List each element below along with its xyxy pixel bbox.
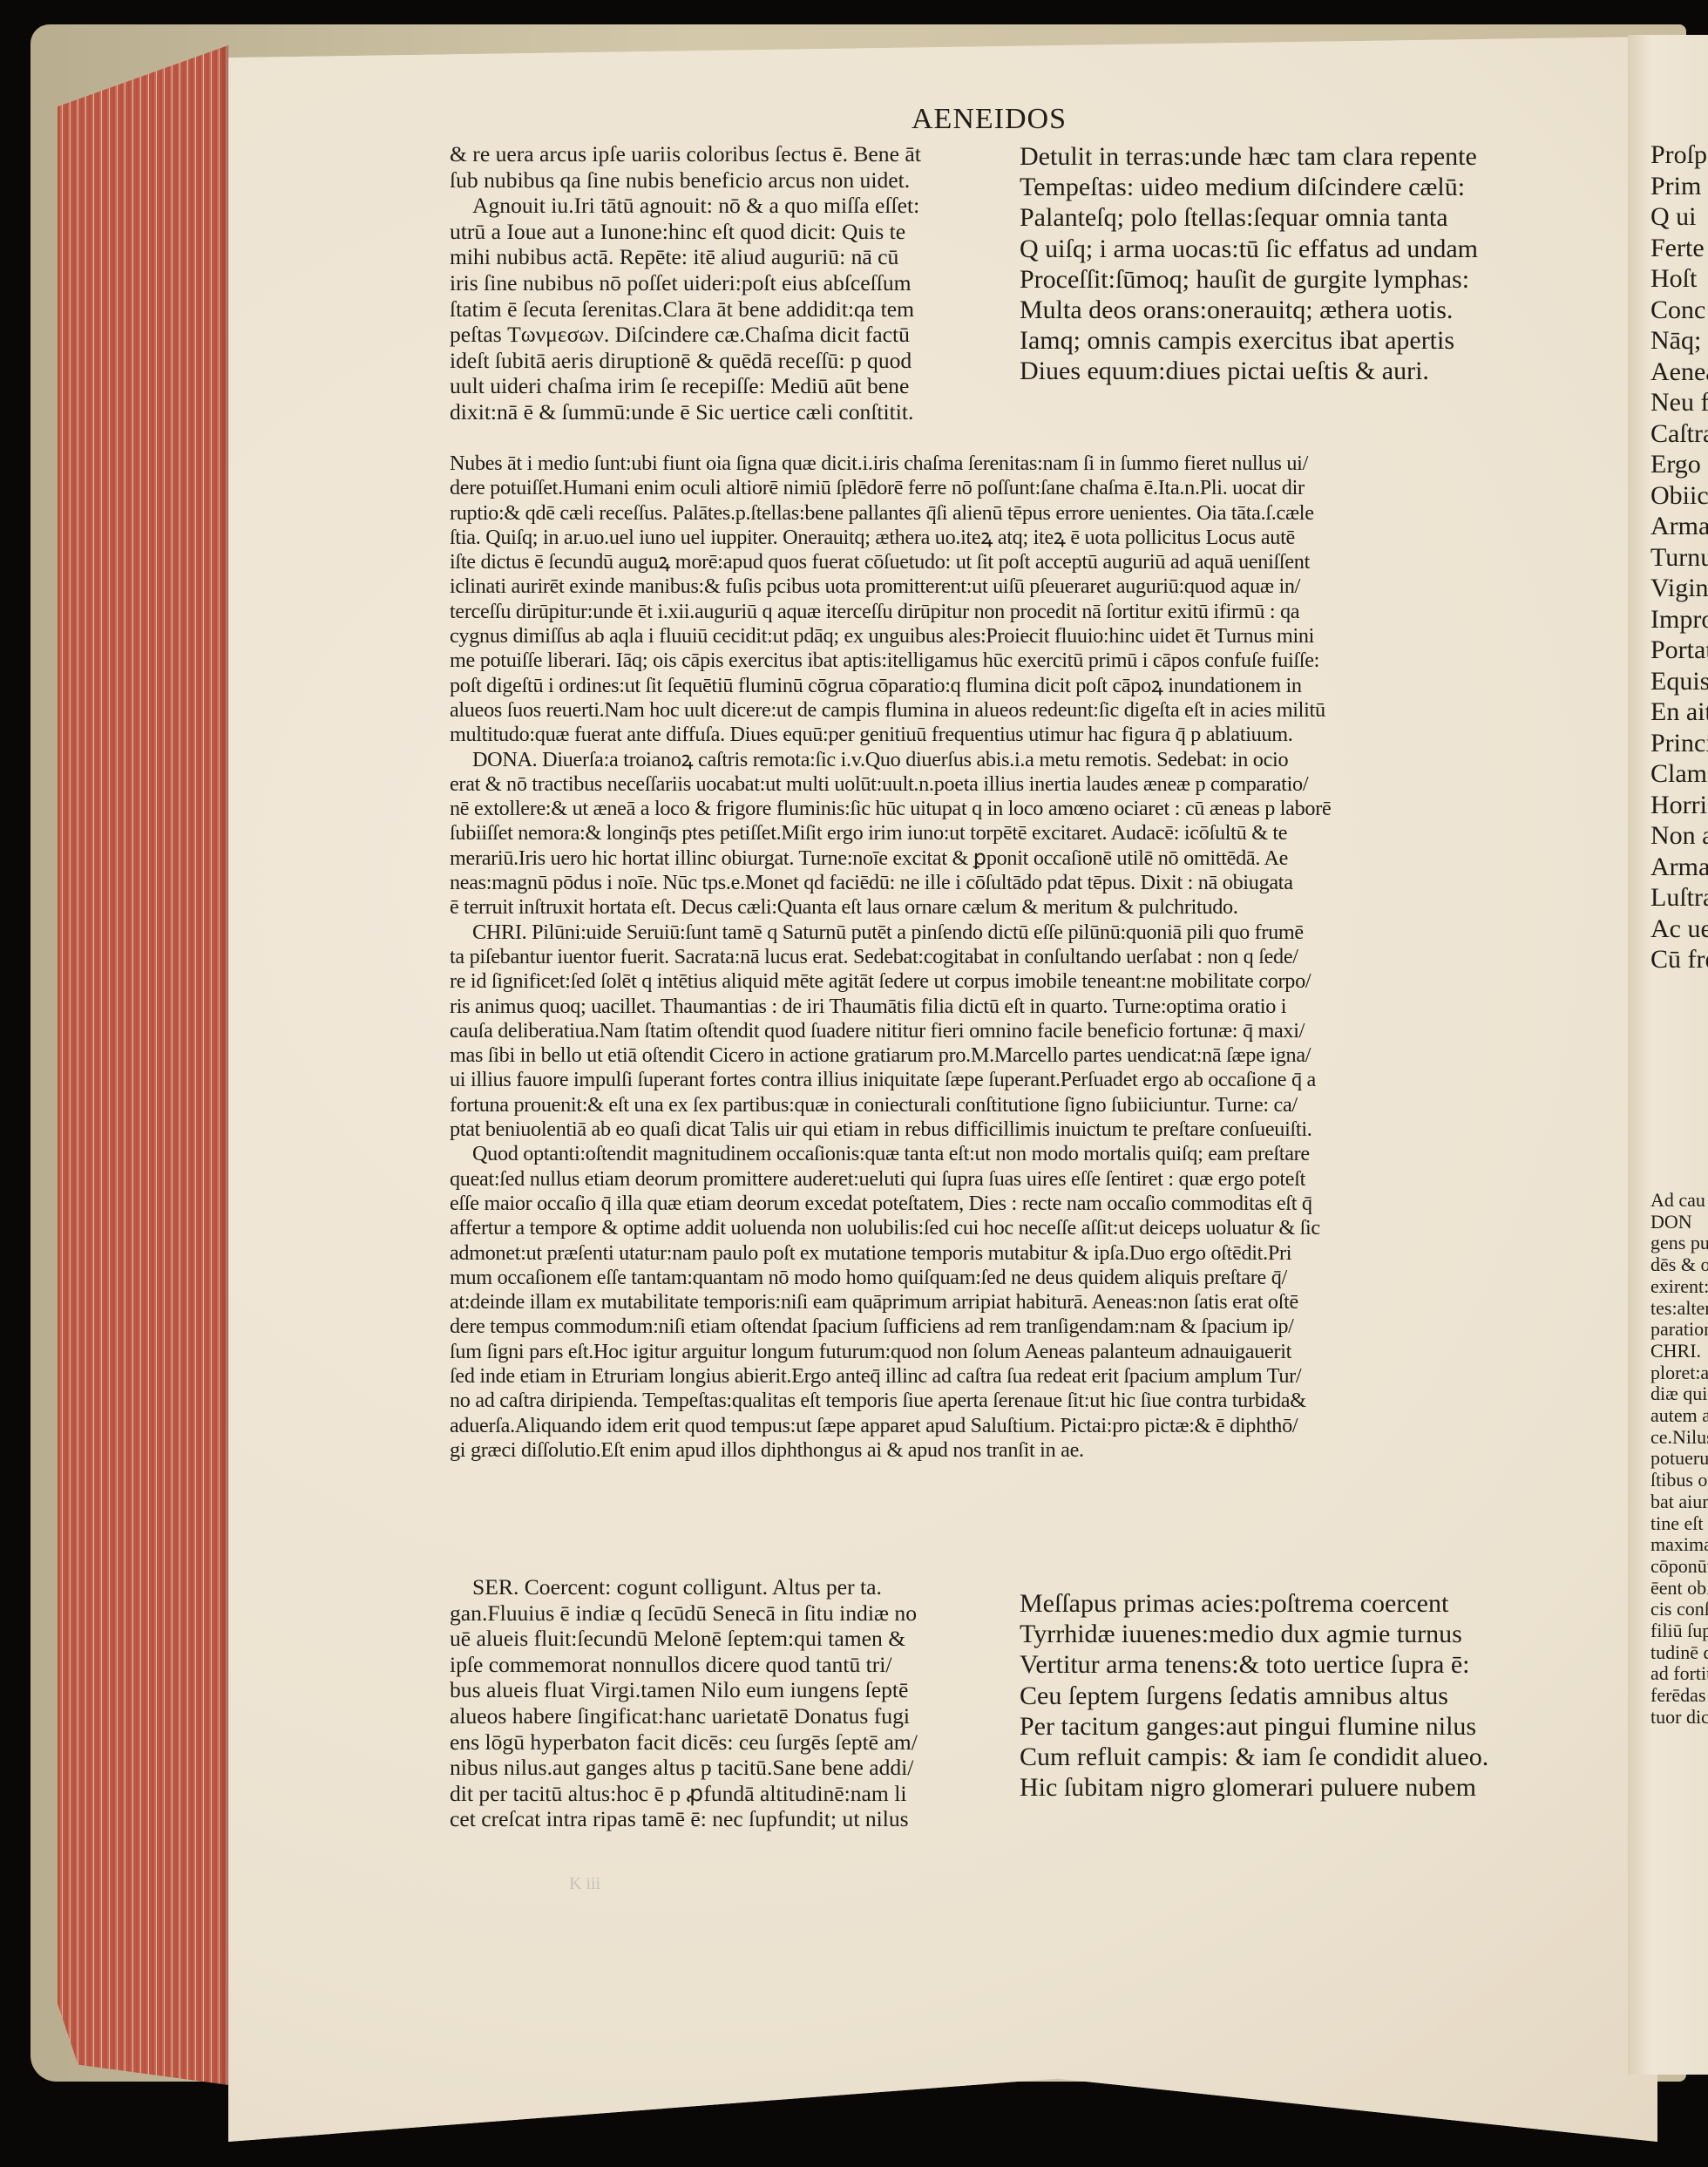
text-line: diæ qui <box>1628 1383 1708 1405</box>
running-head: AENEIDOS <box>912 103 1067 136</box>
text-line: cet creſcat intra ripas tamē ē: nec ſupf… <box>450 1806 1016 1832</box>
text-line: ris animus quoq; uacillet. Thaumantias :… <box>450 995 1602 1019</box>
text-line: me potuiſſe liberari. Iāq; ois cāpis exe… <box>450 649 1602 673</box>
text-line: uē alueis fluit:ſecundū Melonē ſeptem:qu… <box>450 1626 1016 1652</box>
text-line: Ac uel <box>1628 914 1708 945</box>
text-line: Vigin <box>1628 573 1708 604</box>
text-line: Aenea <box>1628 357 1708 388</box>
text-line: Luſtra <box>1628 882 1708 914</box>
text-line: Nāq; <box>1628 325 1708 357</box>
text-line: aduerſa.Aliquando idem erit quod tempus:… <box>450 1414 1602 1438</box>
text-line: ideſt ſubitā aeris diruptionē & quēdā re… <box>450 348 1016 374</box>
text-line: ad fortitu <box>1628 1663 1708 1685</box>
text-line: Tempeſtas: uideo medium diſcindere cælū: <box>1020 172 1612 202</box>
text-line: Clam <box>1628 758 1708 790</box>
text-line: Conc <box>1628 295 1708 326</box>
text-line: mihi nubibus actā. Repēte: itē aliud aug… <box>450 244 1016 270</box>
text-line: ſub nubibus qa ſine nubis beneficio arcu… <box>450 167 1016 194</box>
text-line: terceſſu dirūpitur:unde ēt i.xii.auguriū… <box>450 600 1602 624</box>
text-line: Arma <box>1628 852 1708 883</box>
text-line: exirent: <box>1628 1276 1708 1298</box>
text-line: Turnu <box>1628 542 1708 574</box>
text-line: uult uideri chaſma irim ſe recepiſſe: Me… <box>450 373 1016 399</box>
text-line: Meſſapus primas acies:poſtrema coercent <box>1020 1588 1612 1619</box>
text-line: queat:ſed nullus etiam deorum promittere… <box>450 1167 1602 1192</box>
text-line: Non a <box>1628 820 1708 852</box>
text-line: Vertitur arma tenens:& toto uertice ſupr… <box>1020 1649 1612 1680</box>
text-line: ſum ſigni pars eſt.Hoc igitur arguitur l… <box>450 1340 1602 1364</box>
text-line: SER. Coercent: cogunt colligunt. Altus p… <box>450 1574 1016 1600</box>
text-line: cygnus dimiſſus ab aqla i fluuiū cecidit… <box>450 624 1602 649</box>
text-line: Princi <box>1628 728 1708 759</box>
text-line: iſte dictus ē ſecundū auguꝝ morē:apud qu… <box>450 550 1602 574</box>
text-line: Ferte <box>1628 233 1708 264</box>
text-line: ui illius fauore impulſi ſuperant fortes… <box>450 1068 1602 1092</box>
text-line: tudinē de <box>1628 1642 1708 1664</box>
text-line: ta piſebantur iuentor fuerit. Sacrata:nā… <box>450 945 1602 969</box>
text-line: tes:alter <box>1628 1298 1708 1320</box>
text-line: ſtibus op <box>1628 1470 1708 1491</box>
text-line: Detulit in terras:unde hæc tam clara rep… <box>1020 141 1612 172</box>
text-line: DON <box>1628 1212 1708 1233</box>
text-line: maxima <box>1628 1534 1708 1556</box>
text-line: poſt digeſtū i ordines:ut ſit ſequētiū f… <box>450 674 1602 698</box>
text-line: gan.Fluuius ē indiæ q ſecūdū Senecā in ſ… <box>450 1600 1016 1627</box>
text-line: ce.Nilus <box>1628 1427 1708 1449</box>
text-line: multitudo:quæ fuerat ante diffuſa. Diues… <box>450 723 1602 747</box>
text-line: alueos ſuos reuerti.Nam hoc uult dicere:… <box>450 698 1602 723</box>
text-line: re id ſignificet:ſed ſolēt q intētius al… <box>450 969 1602 994</box>
text-line: cauſa deliberatiua.Nam ſtatim oſtendit q… <box>450 1019 1602 1043</box>
text-line: Tyrrhidæ iuuenes:medio dux agmie turnus <box>1020 1619 1612 1649</box>
text-line: Ad cau <box>1628 1190 1708 1212</box>
text-line: tine eſt q̄ <box>1628 1513 1708 1535</box>
text-line: Ceu ſeptem ſurgens ſedatis amnibus altus <box>1020 1681 1612 1711</box>
text-line: alueos habere ſingificat:hanc uarietatē … <box>450 1703 1016 1729</box>
text-line: Per tacitum ganges:aut pingui flumine ni… <box>1020 1711 1612 1742</box>
text-line: Cum refluit campis: & iam ſe condidit al… <box>1020 1742 1612 1772</box>
commentary-top: & re uera arcus ipſe uariis coloribus ſe… <box>450 141 1016 425</box>
text-line: neas:magnū pōdus i noīe. Nūc tps.e.Monet… <box>450 871 1602 895</box>
text-line: Equis <box>1628 666 1708 697</box>
text-line: cōponūt <box>1628 1556 1708 1578</box>
text-line: dere tempus commodum:niſi etiam oſtendat… <box>450 1314 1602 1339</box>
page-edges-red <box>58 45 228 2085</box>
text-line: iris ſine nubibus nō poſſet uideri:poſt … <box>450 270 1016 296</box>
signature-mark: K iii <box>569 1874 600 1894</box>
text-line: En ait <box>1628 696 1708 728</box>
text-line: paration <box>1628 1319 1708 1341</box>
text-line: Horri <box>1628 790 1708 821</box>
text-line: utrū a Ioue aut a Iunone:hinc eſt quod d… <box>450 219 1016 245</box>
text-line: Nubes āt i medio ſunt:ubi fiunt oia ſign… <box>450 452 1602 476</box>
text-line: Q uiſq; i arma uocas:tū ſic effatus ad u… <box>1020 234 1612 264</box>
text-line: ſtatim ē ſecuta ſerenitas.Clara āt bene … <box>450 296 1016 323</box>
text-line: ptat beniuolentiā ab eo quaſi dicat Tali… <box>450 1117 1602 1142</box>
text-line: dēs & oī <box>1628 1254 1708 1276</box>
text-line: ēent obſe <box>1628 1578 1708 1600</box>
text-line: Cū fre <box>1628 944 1708 975</box>
text-line: tuor dicē <box>1628 1707 1708 1729</box>
text-line: ſed inde etiam in Etruriam longius abier… <box>450 1364 1602 1389</box>
text-line: ens lōgū hyperbaton facit dicēs: ceu ſur… <box>450 1729 1016 1756</box>
text-line: Quod optanti:oſtendit magnitudinem occaſ… <box>450 1142 1602 1166</box>
text-line: Proceſſit:ſūmoq; hauſit de gurgite lymph… <box>1020 264 1612 295</box>
text-line: fortuna prouenit:& eſt una ex ſex partib… <box>450 1093 1602 1117</box>
text-line: Hoſt <box>1628 263 1708 295</box>
text-line: mas ſibi in bello ut etiā oſtendit Cicer… <box>450 1043 1602 1068</box>
text-line: ruptio:& qdē cæli receſſus. Palātes.p.ſt… <box>450 501 1602 526</box>
text-line: erat & nō tractibus neceſſariis uocabat:… <box>450 772 1602 797</box>
text-line: ſubiiſſet nemora:& longinq̄s ptes petiſſ… <box>450 821 1602 846</box>
text-line: gens pu <box>1628 1233 1708 1254</box>
text-line: filiū ſupp <box>1628 1620 1708 1642</box>
text-line: Diues equum:diues pictai ueſtis & auri. <box>1020 356 1612 386</box>
commentary-bottom: SER. Coercent: cogunt colligunt. Altus p… <box>450 1574 1016 1832</box>
text-line: dixit:nā ē & ſummū:unde ē Sic uertice cæ… <box>450 399 1016 425</box>
facing-page-commentary: Ad cauDONgens pudēs & oīexirent:tes:alte… <box>1628 1190 1708 1729</box>
text-line: dit per tacitū altus:hoc ē p ꝓfundā alti… <box>450 1781 1016 1807</box>
text-line: Ergo <box>1628 449 1708 480</box>
text-line: Q ui <box>1628 201 1708 233</box>
text-line: Prim <box>1628 171 1708 202</box>
text-line: ſtia. Quiſq; in ar.uo.uel iuno uel iuppi… <box>450 526 1602 550</box>
text-line: ē terruit inſtruxit hortata eſt. Decus c… <box>450 895 1602 920</box>
text-line: Arma <box>1628 511 1708 542</box>
text-line: ipſe commemorat nonnullos dicere quod ta… <box>450 1652 1016 1678</box>
text-line: ploret:at <box>1628 1362 1708 1384</box>
facing-page-verse: ProſpPrimQ uiFerteHoſtConcNāq;AeneaNeu f… <box>1628 139 1708 975</box>
text-line: Palanteſq; polo ſtellas:ſequar omnia tan… <box>1020 202 1612 233</box>
text-line: Portat <box>1628 635 1708 666</box>
text-line: Agnouit iu.Iri tātū agnouit: nō & a quo … <box>450 193 1016 219</box>
text-line: bus alueis fluat Virgi.tamen Nilo eum iu… <box>450 1677 1016 1703</box>
text-line: DONA. Diuerſa:a troianoꝝ caſtris remota:… <box>450 748 1602 772</box>
text-line: eſſe maior occaſio q̄ illa quæ etiam deo… <box>450 1192 1602 1216</box>
text-line: gi græci diſſolutio.Eſt enim apud illos … <box>450 1438 1602 1463</box>
text-line: bat aium <box>1628 1491 1708 1513</box>
text-line: cis conſil <box>1628 1599 1708 1620</box>
text-line: nibus nilus.aut ganges altus p tacitū.Sa… <box>450 1755 1016 1781</box>
text-line: CHRI. <box>1628 1341 1708 1362</box>
text-line: dere potuiſſet.Humani enim oculi altiorē… <box>450 476 1602 500</box>
text-line: Obiic <box>1628 480 1708 512</box>
text-line: nē extollere:& ut æneā a loco & frigore … <box>450 797 1602 821</box>
verse-top: Detulit in terras:unde hæc tam clara rep… <box>1020 141 1612 387</box>
text-line: no ad caſtra diripienda. Tempeſtas:quali… <box>450 1389 1602 1413</box>
facing-page: ProſpPrimQ uiFerteHoſtConcNāq;AeneaNeu f… <box>1628 35 1708 2075</box>
text-line: Hic ſubitam nigro glomerari puluere nube… <box>1020 1772 1612 1803</box>
text-line: potueru <box>1628 1448 1708 1470</box>
text-line: Multa deos orans:onerauitq; æthera uotis… <box>1020 295 1612 325</box>
text-line: affertur a tempore & optime addit uoluen… <box>450 1216 1602 1240</box>
text-line: autem al <box>1628 1405 1708 1427</box>
text-line: iclinati aurirēt exinde manibus:& fuſis … <box>450 574 1602 599</box>
text-line: Neu f <box>1628 387 1708 418</box>
text-line: merariū.Iris uero hic hortat illinc obiu… <box>450 846 1602 871</box>
text-line: CHRI. Pilūni:uide Seruiū:ſunt tamē q Sat… <box>450 920 1602 945</box>
text-line: peſtas Τωνμεσων. Diſcindere cæ.Chaſma di… <box>450 322 1016 348</box>
text-line: mum occaſionem eſſe tantam:quantam nō mo… <box>450 1266 1602 1290</box>
text-line: at:deinde illam ex mutabilitate temporis… <box>450 1290 1602 1314</box>
text-line: & re uera arcus ipſe uariis coloribus ſe… <box>450 141 1016 167</box>
commentary-main: Nubes āt i medio ſunt:ubi fiunt oia ſign… <box>450 452 1602 1463</box>
text-line: Proſp <box>1628 139 1708 171</box>
verse-bottom: Meſſapus primas acies:poſtrema coercentT… <box>1020 1588 1612 1803</box>
text-line: Iamq; omnis campis exercitus ibat aperti… <box>1020 325 1612 356</box>
text-line: ferēdas ip <box>1628 1685 1708 1707</box>
text-line: Caſtra <box>1628 418 1708 450</box>
text-line: Impro <box>1628 604 1708 635</box>
text-line: admonet:ut præſenti utatur:nam paulo poſ… <box>450 1241 1602 1266</box>
